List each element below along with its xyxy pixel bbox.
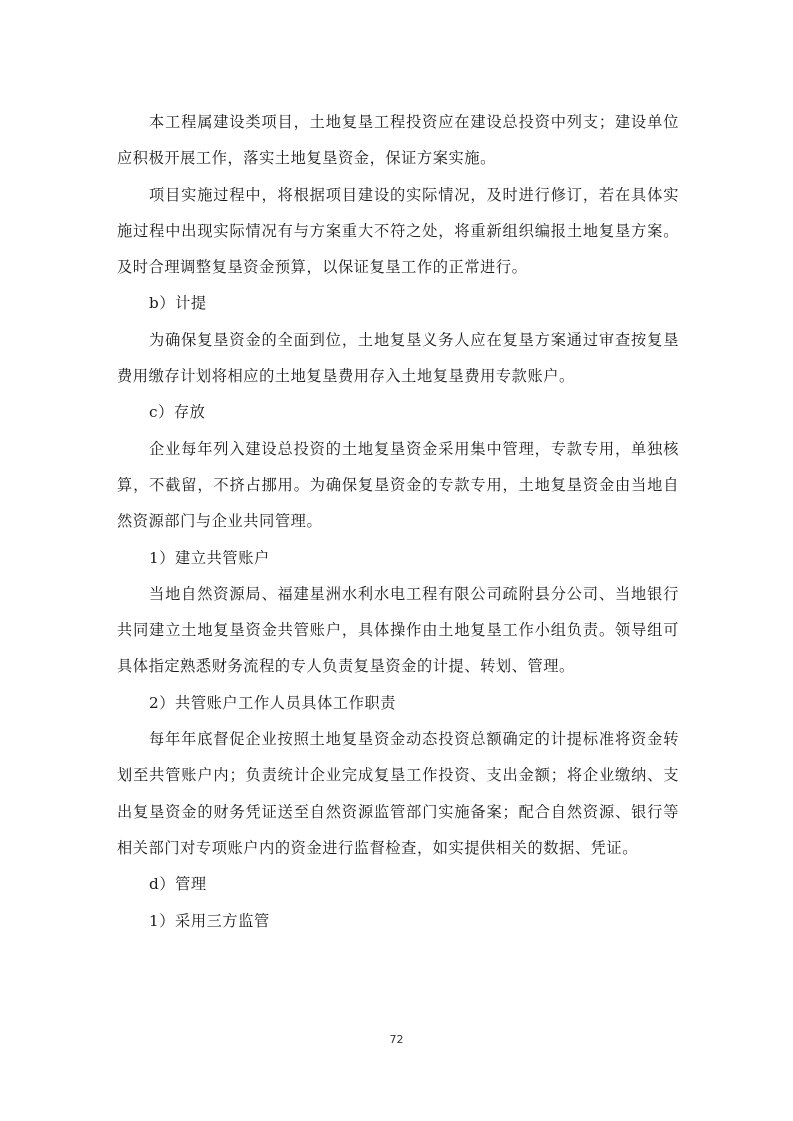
paragraph-joint-account: 当地自然资源局、福建星洲水利水电工程有限公司疏附县分公司、当地银行共同建立土地复… (117, 576, 679, 685)
paragraph-storage: 企业每年列入建设总投资的土地复垦资金采用集中管理，专款专用，单独核算，不截留，不… (117, 431, 679, 540)
paragraph-provision: 为确保复垦资金的全面到位，土地复垦义务人应在复垦方案通过审查按复垦费用缴存计划将… (117, 322, 679, 395)
heading-provision: b）计提 (117, 285, 679, 321)
heading-staff-duties: 2）共管账户工作人员具体工作职责 (117, 685, 679, 721)
paragraph-funding-source: 本工程属建设类项目，土地复垦工程投资应在建设总投资中列支；建设单位应积极开展工作… (117, 104, 679, 177)
heading-joint-account: 1）建立共管账户 (117, 540, 679, 576)
document-page: 本工程属建设类项目，土地复垦工程投资应在建设总投资中列支；建设单位应积极开展工作… (117, 104, 679, 939)
paragraph-staff-duties: 每年年底督促企业按照土地复垦资金动态投资总额确定的计提标准将资金转划至共管账户内… (117, 721, 679, 866)
page-number: 72 (0, 1033, 793, 1046)
paragraph-revision: 项目实施过程中，将根据项目建设的实际情况，及时进行修订，若在具体实施过程中出现实… (117, 177, 679, 286)
heading-storage: c）存放 (117, 394, 679, 430)
heading-third-party-supervision: 1）采用三方监管 (117, 903, 679, 939)
heading-management: d）管理 (117, 866, 679, 902)
